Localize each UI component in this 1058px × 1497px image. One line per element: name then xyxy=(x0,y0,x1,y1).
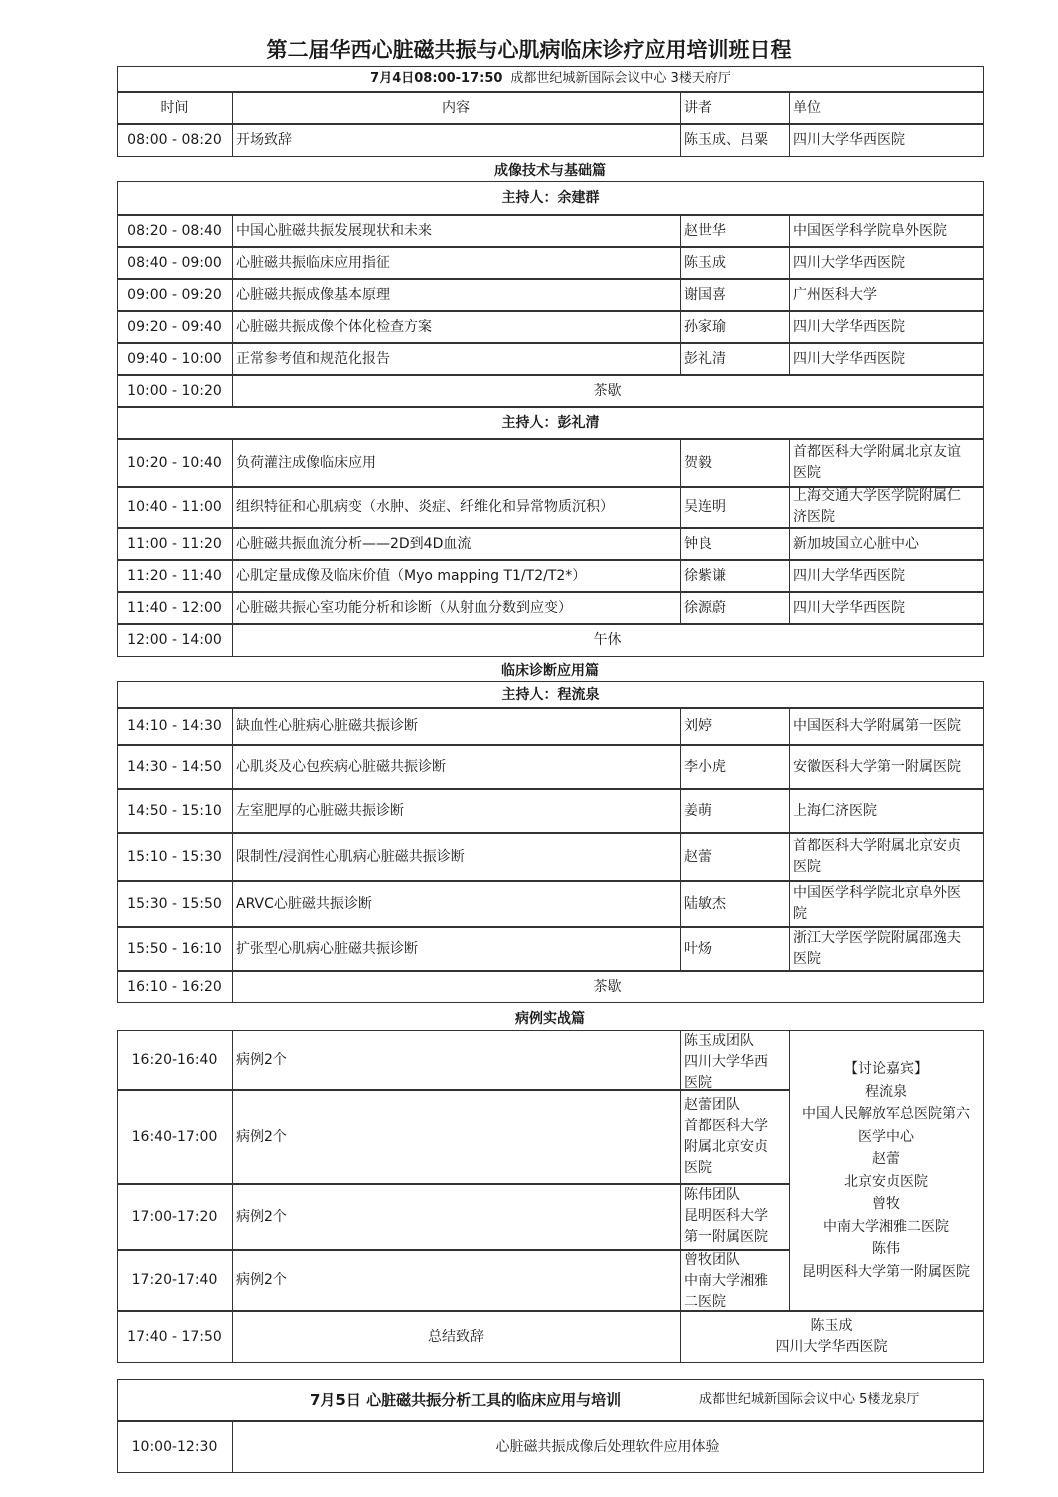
session-unit: 四川大学华西医院 xyxy=(789,247,983,278)
session-topic: 心脏磁共振临床应用指征 xyxy=(232,247,680,278)
day1-date-time: 7月4日08:00-17:50 xyxy=(370,68,502,90)
session-time: 11:20 - 11:40 xyxy=(117,560,232,591)
session-unit: 首都医科大学附属北京安贞 医院 xyxy=(789,833,983,880)
opening-speaker: 陈玉成、吕粟 xyxy=(680,124,789,156)
discussants-panel: 【讨论嘉宾】 程流泉 中国人民解放军总医院第六 医学中心 赵蕾 北京安贞医院 曾… xyxy=(789,1031,983,1310)
page-title: 第二届华西心脏磁共振与心肌病临床诊疗应用培训班日程 xyxy=(0,34,1058,64)
host-2: 主持人：彭礼清 xyxy=(117,407,984,438)
tea-break-label: 茶歇 xyxy=(232,375,983,406)
closing-time: 17:40 - 17:50 xyxy=(117,1311,232,1362)
session-speaker: 李小虎 xyxy=(680,745,789,788)
discussant-unit: 昆明医科大学第一附属医院 xyxy=(802,1261,970,1284)
session-time: 09:00 - 09:20 xyxy=(117,279,232,310)
case-time: 16:40-17:00 xyxy=(117,1090,232,1183)
opening-unit: 四川大学华西医院 xyxy=(789,124,983,156)
session-speaker: 刘婷 xyxy=(680,708,789,744)
column-header-time: 时间 xyxy=(117,92,232,123)
closing-speaker-name: 陈玉成 xyxy=(811,1316,853,1337)
session-topic: 正常参考值和规范化报告 xyxy=(232,343,680,374)
case-time: 17:00-17:20 xyxy=(117,1184,232,1249)
session-speaker: 彭礼清 xyxy=(680,343,789,374)
session-topic: 心脏磁共振成像基本原理 xyxy=(232,279,680,310)
day2-topic: 心脏磁共振成像后处理软件应用体验 xyxy=(232,1421,983,1472)
session-speaker: 陈玉成 xyxy=(680,247,789,278)
day2-title: 7月5日 心脏磁共振分析工具的临床应用与培训 xyxy=(310,1389,621,1411)
session-speaker: 赵蕾 xyxy=(680,833,789,880)
discussant-unit: 中国人民解放军总医院第六 xyxy=(802,1103,970,1126)
closing-speaker-unit: 四川大学华西医院 xyxy=(776,1337,888,1358)
case-team: 陈伟团队 昆明医科大学 第一附属医院 xyxy=(680,1184,789,1249)
session-topic: 扩张型心肌病心脏磁共振诊断 xyxy=(232,927,680,970)
discussant-unit: 医学中心 xyxy=(858,1126,914,1149)
session-unit: 四川大学华西医院 xyxy=(789,343,983,374)
case-time: 16:20-16:40 xyxy=(117,1031,232,1089)
team-line: 首都医科大学 xyxy=(684,1116,768,1137)
unit-line: 中国医学科学院北京阜外医 xyxy=(793,883,961,904)
case-time: 17:20-17:40 xyxy=(117,1250,232,1310)
unit-line: 医院 xyxy=(793,857,821,878)
break-time: 10:00 - 10:20 xyxy=(117,375,232,406)
session-unit: 广州医科大学 xyxy=(789,279,983,310)
session-topic: 心脏磁共振成像个体化检查方案 xyxy=(232,311,680,342)
team-line: 医院 xyxy=(684,1158,712,1179)
team-line: 陈伟团队 xyxy=(684,1185,740,1206)
case-team: 曾牧团队 中南大学湘雅 二医院 xyxy=(680,1250,789,1310)
team-line: 附属北京安贞 xyxy=(684,1137,768,1158)
session-time: 10:20 - 10:40 xyxy=(117,439,232,486)
discussants-heading: 【讨论嘉宾】 xyxy=(844,1058,928,1081)
session-time: 11:00 - 11:20 xyxy=(117,528,232,559)
session-topic: 心脏磁共振血流分析——2D到4D血流 xyxy=(232,528,680,559)
team-line: 昆明医科大学 xyxy=(684,1206,768,1227)
session-unit: 安徽医科大学第一附属医院 xyxy=(789,745,983,788)
session-time: 10:40 - 11:00 xyxy=(117,487,232,527)
column-header-content: 内容 xyxy=(232,92,680,123)
discussant-name: 曾牧 xyxy=(872,1193,900,1216)
session-unit: 中国医学科学院北京阜外医 院 xyxy=(789,881,983,926)
section-title-imaging: 成像技术与基础篇 xyxy=(117,160,983,180)
closing-speaker: 陈玉成 四川大学华西医院 xyxy=(680,1311,983,1362)
session-time: 15:30 - 15:50 xyxy=(117,881,232,926)
session-time: 11:40 - 12:00 xyxy=(117,592,232,623)
session-topic: 心脏磁共振心室功能分析和诊断（从射血分数到应变） xyxy=(232,592,680,623)
unit-line: 济医院 xyxy=(793,507,835,527)
session-topic: 缺血性心脏病心脏磁共振诊断 xyxy=(232,708,680,744)
session-topic: 限制性/浸润性心肌病心脏磁共振诊断 xyxy=(232,833,680,880)
case-topic: 病例2个 xyxy=(232,1031,680,1089)
team-line: 陈玉成团队 xyxy=(684,1031,754,1052)
host-1: 主持人：余建群 xyxy=(117,182,984,214)
session-speaker: 徐紫谦 xyxy=(680,560,789,591)
session-speaker: 钟良 xyxy=(680,528,789,559)
session-unit: 四川大学华西医院 xyxy=(789,560,983,591)
case-topic: 病例2个 xyxy=(232,1184,680,1249)
team-line: 第一附属医院 xyxy=(684,1227,768,1248)
day1-header: 7月4日08:00-17:50 成都世纪城新国际会议中心 3楼天府厅 xyxy=(117,66,984,92)
session-time: 08:20 - 08:40 xyxy=(117,215,232,246)
session-time: 09:20 - 09:40 xyxy=(117,311,232,342)
opening-time: 08:00 - 08:20 xyxy=(117,124,232,156)
column-header-unit: 单位 xyxy=(789,92,983,123)
session-unit: 浙江大学医学院附属邵逸夫 医院 xyxy=(789,927,983,970)
unit-line: 首都医科大学附属北京安贞 xyxy=(793,836,961,857)
team-line: 中南大学湘雅 xyxy=(684,1271,768,1292)
session-speaker: 姜萌 xyxy=(680,789,789,832)
session-speaker: 陆敏杰 xyxy=(680,881,789,926)
team-line: 曾牧团队 xyxy=(684,1250,740,1271)
session-topic: 组织特征和心肌病变（水肿、炎症、纤维化和异常物质沉积） xyxy=(232,487,680,527)
session-topic: 左室肥厚的心脏磁共振诊断 xyxy=(232,789,680,832)
session-unit: 上海交通大学医学院附属仁 济医院 xyxy=(789,487,983,527)
case-team: 陈玉成团队 四川大学华西 医院 xyxy=(680,1031,789,1089)
day2-header: 7月5日 心脏磁共振分析工具的临床应用与培训 成都世纪城新国际会议中心 5楼龙泉… xyxy=(117,1380,984,1420)
session-time: 15:10 - 15:30 xyxy=(117,833,232,880)
session-topic: 中国心脏磁共振发展现状和未来 xyxy=(232,215,680,246)
break-time: 16:10 - 16:20 xyxy=(117,971,232,1002)
day2-time: 10:00-12:30 xyxy=(117,1421,232,1472)
session-unit: 上海仁济医院 xyxy=(789,789,983,832)
session-unit: 新加坡国立心脏中心 xyxy=(789,528,983,559)
unit-line: 院 xyxy=(793,904,807,925)
session-topic: 心肌炎及心包疾病心脏磁共振诊断 xyxy=(232,745,680,788)
day2-location: 成都世纪城新国际会议中心 5楼龙泉厅 xyxy=(699,1389,919,1411)
case-topic: 病例2个 xyxy=(232,1090,680,1183)
session-speaker: 贺毅 xyxy=(680,439,789,486)
session-time: 14:30 - 14:50 xyxy=(117,745,232,788)
session-time: 15:50 - 16:10 xyxy=(117,927,232,970)
lunch-label: 午休 xyxy=(232,624,983,656)
session-speaker: 谢国喜 xyxy=(680,279,789,310)
unit-line: 医院 xyxy=(793,949,821,970)
case-team: 赵蕾团队 首都医科大学 附属北京安贞 医院 xyxy=(680,1090,789,1183)
session-time: 08:40 - 09:00 xyxy=(117,247,232,278)
session-topic: 负荷灌注成像临床应用 xyxy=(232,439,680,486)
tea-break-label: 茶歇 xyxy=(232,971,983,1002)
discussant-name: 赵蕾 xyxy=(872,1148,900,1171)
session-speaker: 吴连明 xyxy=(680,487,789,527)
lunch-time: 12:00 - 14:00 xyxy=(117,624,232,656)
day1-location: 成都世纪城新国际会议中心 3楼天府厅 xyxy=(510,68,730,90)
team-line: 四川大学华西 xyxy=(684,1052,768,1073)
session-time: 09:40 - 10:00 xyxy=(117,343,232,374)
discussant-unit: 北京安贞医院 xyxy=(844,1171,928,1194)
opening-content: 开场致辞 xyxy=(232,124,680,156)
session-topic: ARVC心脏磁共振诊断 xyxy=(232,881,680,926)
section-title-cases: 病例实战篇 xyxy=(117,1008,983,1028)
session-unit: 首都医科大学附属北京友谊 医院 xyxy=(789,439,983,486)
case-topic: 病例2个 xyxy=(232,1250,680,1310)
section-title-clinical: 临床诊断应用篇 xyxy=(117,660,983,680)
session-speaker: 叶炀 xyxy=(680,927,789,970)
unit-line: 首都医科大学附属北京友谊 xyxy=(793,442,961,463)
session-topic: 心肌定量成像及临床价值（Myo mapping T1/T2/T2*） xyxy=(232,560,680,591)
session-time: 14:10 - 14:30 xyxy=(117,708,232,744)
unit-line: 浙江大学医学院附属邵逸夫 xyxy=(793,928,961,949)
session-time: 14:50 - 15:10 xyxy=(117,789,232,832)
discussant-name: 程流泉 xyxy=(865,1081,907,1104)
unit-line: 上海交通大学医学院附属仁 xyxy=(793,487,961,507)
team-line: 赵蕾团队 xyxy=(684,1095,740,1116)
session-unit: 四川大学华西医院 xyxy=(789,592,983,623)
discussant-unit: 中南大学湘雅二医院 xyxy=(823,1216,949,1239)
session-unit: 中国医科大学附属第一医院 xyxy=(789,708,983,744)
session-speaker: 孙家瑜 xyxy=(680,311,789,342)
session-speaker: 徐源蔚 xyxy=(680,592,789,623)
unit-line: 医院 xyxy=(793,463,821,484)
team-line: 医院 xyxy=(684,1073,712,1089)
column-header-speaker: 讲者 xyxy=(680,92,789,123)
session-speaker: 赵世华 xyxy=(680,215,789,246)
team-line: 二医院 xyxy=(684,1292,726,1310)
host-3: 主持人：程流泉 xyxy=(117,682,984,707)
session-unit: 中国医学科学院阜外医院 xyxy=(789,215,983,246)
discussant-name: 陈伟 xyxy=(872,1238,900,1261)
closing-topic: 总结致辞 xyxy=(232,1311,680,1362)
session-unit: 四川大学华西医院 xyxy=(789,311,983,342)
